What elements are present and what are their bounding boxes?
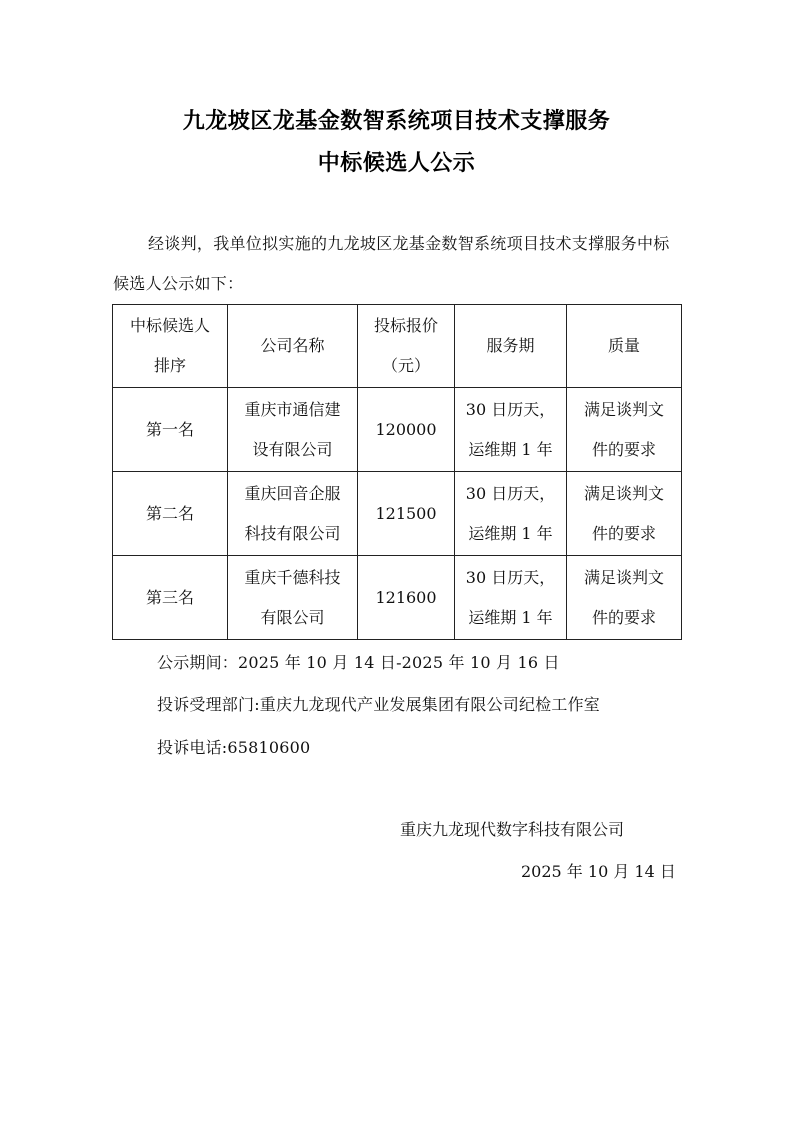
cell-quality: 满足谈判文 件的要求 xyxy=(567,472,682,556)
complaint-department: 投诉受理部门:重庆九龙现代产业发展集团有限公司纪检工作室 xyxy=(157,692,600,715)
cell-rank: 第三名 xyxy=(113,556,228,640)
cell-price: 121600 xyxy=(358,556,455,640)
publicity-period: 公示期间：2025 年 10 月 14 日-2025 年 10 月 16 日 xyxy=(157,650,560,673)
document-title: 九龙坡区龙基金数智系统项目技术支撑服务 xyxy=(0,104,793,135)
document-subtitle: 中标候选人公示 xyxy=(0,146,793,177)
table-header-row: 中标候选人 排序 公司名称 投标报价 （元） 服务期 质量 xyxy=(113,305,682,388)
header-price: 投标报价 （元） xyxy=(358,305,455,388)
table-row: 第二名 重庆回音企服 科技有限公司 121500 30 日历天， 运维期 1 年… xyxy=(113,472,682,556)
cell-company: 重庆市通信建 设有限公司 xyxy=(228,388,358,472)
cell-service-period: 30 日历天， 运维期 1 年 xyxy=(455,472,567,556)
cell-rank: 第一名 xyxy=(113,388,228,472)
cell-service-period: 30 日历天， 运维期 1 年 xyxy=(455,388,567,472)
cell-rank: 第二名 xyxy=(113,472,228,556)
cell-price: 121500 xyxy=(358,472,455,556)
header-quality: 质量 xyxy=(567,305,682,388)
header-rank: 中标候选人 排序 xyxy=(113,305,228,388)
cell-company: 重庆千德科技 有限公司 xyxy=(228,556,358,640)
table-row: 第一名 重庆市通信建 设有限公司 120000 30 日历天， 运维期 1 年 … xyxy=(113,388,682,472)
issuer-company: 重庆九龙现代数字科技有限公司 xyxy=(400,817,624,840)
cell-service-period: 30 日历天， 运维期 1 年 xyxy=(455,556,567,640)
issue-date: 2025 年 10 月 14 日 xyxy=(521,859,676,882)
complaint-phone: 投诉电话:65810600 xyxy=(157,735,310,758)
candidates-table: 中标候选人 排序 公司名称 投标报价 （元） 服务期 质量 第一名 重庆市通信建… xyxy=(112,304,682,640)
cell-price: 120000 xyxy=(358,388,455,472)
header-service-period: 服务期 xyxy=(455,305,567,388)
cell-quality: 满足谈判文 件的要求 xyxy=(567,388,682,472)
table-row: 第三名 重庆千德科技 有限公司 121600 30 日历天， 运维期 1 年 满… xyxy=(113,556,682,640)
cell-quality: 满足谈判文 件的要求 xyxy=(567,556,682,640)
intro-paragraph: 经谈判，我单位拟实施的九龙坡区龙基金数智系统项目技术支撑服务中标候选人公示如下： xyxy=(113,224,685,304)
cell-company: 重庆回音企服 科技有限公司 xyxy=(228,472,358,556)
header-company: 公司名称 xyxy=(228,305,358,388)
